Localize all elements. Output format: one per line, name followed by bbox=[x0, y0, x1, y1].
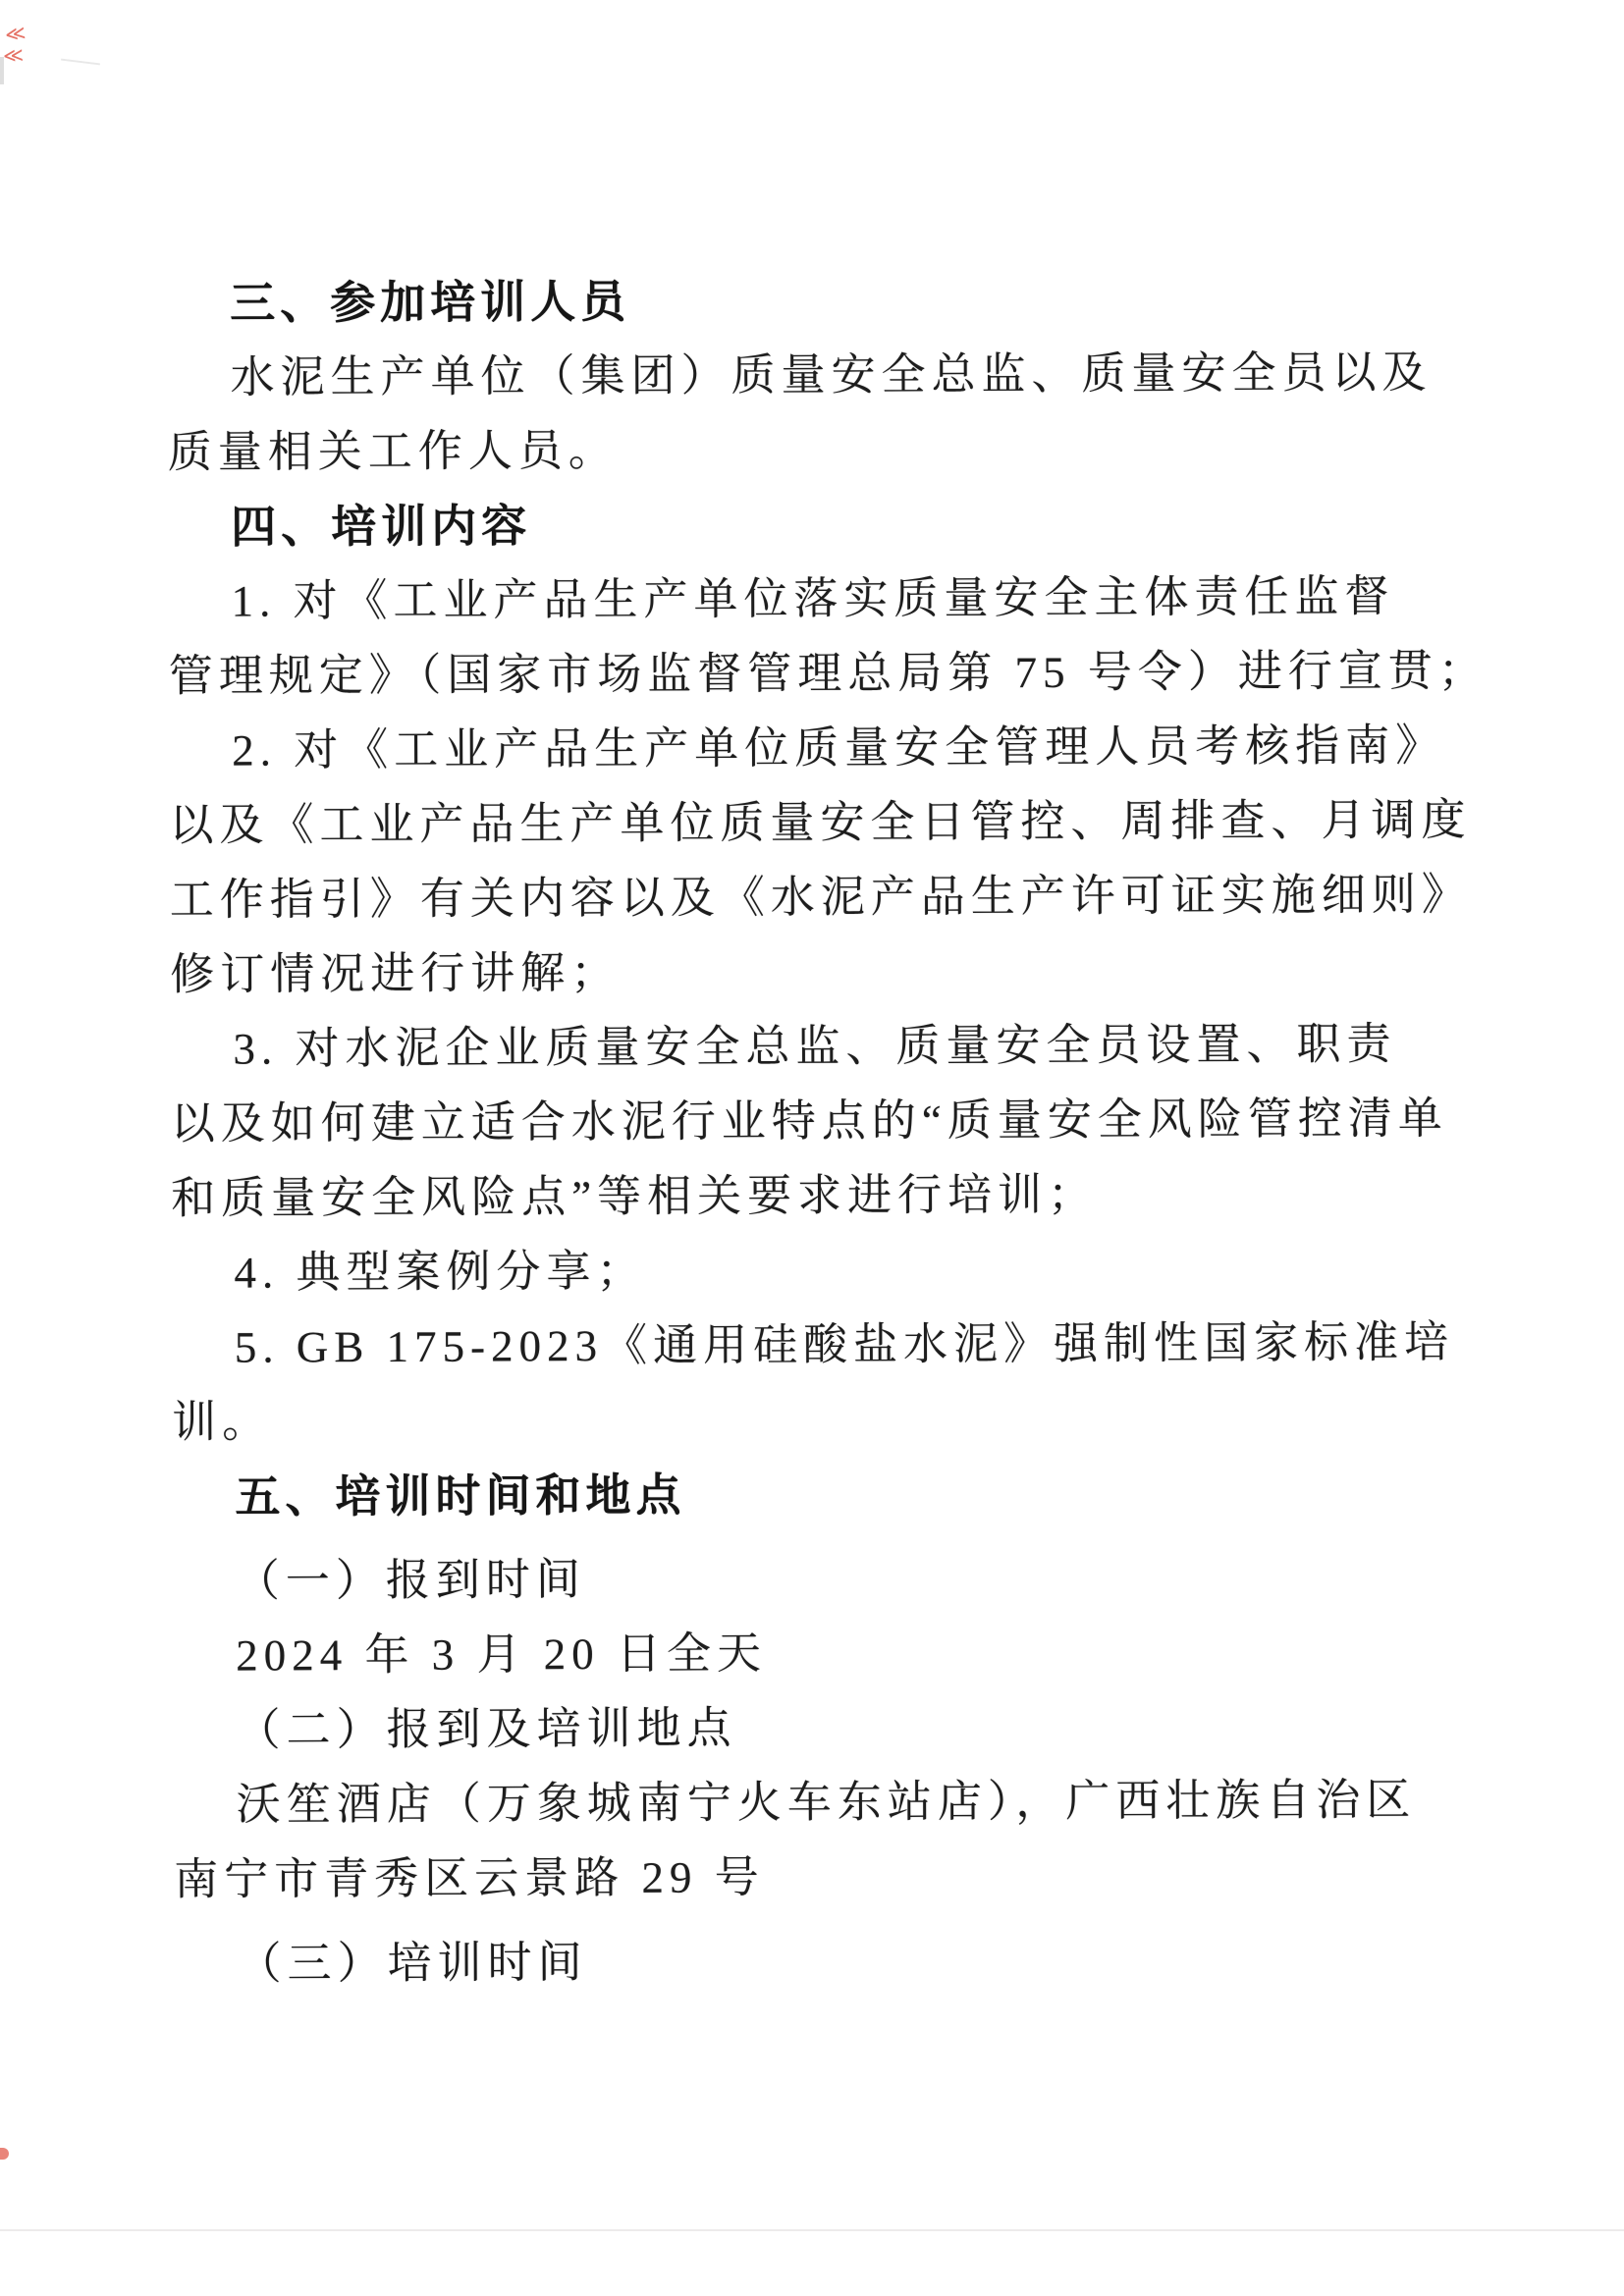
scan-bottom-shadow bbox=[0, 2229, 1624, 2231]
body-line: 以及《工业产品生产单位质量安全日管控、周排查、月调度 bbox=[169, 782, 1479, 863]
body-line-hotel: 沃笙酒店（万象城南宁火车东站店），广西壮族自治区 bbox=[174, 1762, 1484, 1842]
sub-heading-training-time: （三）培训时间 bbox=[174, 1921, 1484, 2002]
section-heading-training-content: 四、培训内容 bbox=[168, 484, 1478, 564]
sub-heading-checkin-time: （一）报到时间 bbox=[173, 1538, 1483, 1619]
body-line-item-2: 2. 对《工业产品生产单位质量安全管理人员考核指南》 bbox=[169, 708, 1479, 788]
scan-edge-artifact bbox=[0, 57, 4, 84]
body-line-checkin-date: 2024 年 3 月 20 日全天 bbox=[173, 1613, 1483, 1693]
sub-heading-venue: （二）报到及培训地点 bbox=[173, 1687, 1483, 1768]
red-pen-mark-icon: ≪ bbox=[4, 23, 27, 45]
body-line-item-1: 1. 对《工业产品生产单位落实质量安全主体责任监督 bbox=[168, 559, 1478, 639]
scan-streak-artifact bbox=[61, 59, 100, 66]
red-pen-dot-artifact bbox=[0, 2148, 9, 2160]
body-line: 以及如何建立适合水泥行业特点的“质量安全风险管控清单 bbox=[171, 1081, 1481, 1161]
body-line-item-5: 5. GB 175-2023《通用硅酸盐水泥》强制性国家标准培 bbox=[172, 1305, 1482, 1385]
body-line: 水泥生产单位（集团）质量安全总监、质量安全员以及 bbox=[167, 335, 1477, 415]
body-line: 管理规定》（国家市场监督管理总局第 75 号令）进行宣贯； bbox=[169, 633, 1479, 714]
section-heading-time-and-place: 五、培训时间和地点 bbox=[172, 1454, 1482, 1534]
scanned-document-page: ≪ ≪ 三、参加培训人员 水泥生产单位（集团）质量安全总监、质量安全员以及 质量… bbox=[0, 0, 1624, 2296]
body-line: 修订情况进行讲解； bbox=[170, 932, 1480, 1012]
body-line: 和质量安全风险点”等相关要求进行培训； bbox=[171, 1155, 1481, 1236]
body-line-address: 南宁市青秀区云景路 29 号 bbox=[174, 1837, 1484, 1917]
section-heading-participants: 三、参加培训人员 bbox=[167, 260, 1477, 341]
document-text-block: 三、参加培训人员 水泥生产单位（集团）质量安全总监、质量安全员以及 质量相关工作… bbox=[167, 260, 1485, 2002]
body-line: 质量相关工作人员。 bbox=[168, 409, 1478, 490]
body-line-item-3: 3. 对水泥企业质量安全总监、质量安全员设置、职责 bbox=[170, 1006, 1480, 1087]
body-line: 训。 bbox=[172, 1379, 1482, 1460]
body-line: 工作指引》有关内容以及《水泥产品生产许可证实施细则》 bbox=[170, 857, 1480, 937]
red-pen-mark-icon: ≪ bbox=[2, 44, 24, 65]
body-line-item-4: 4. 典型案例分享； bbox=[171, 1230, 1481, 1310]
